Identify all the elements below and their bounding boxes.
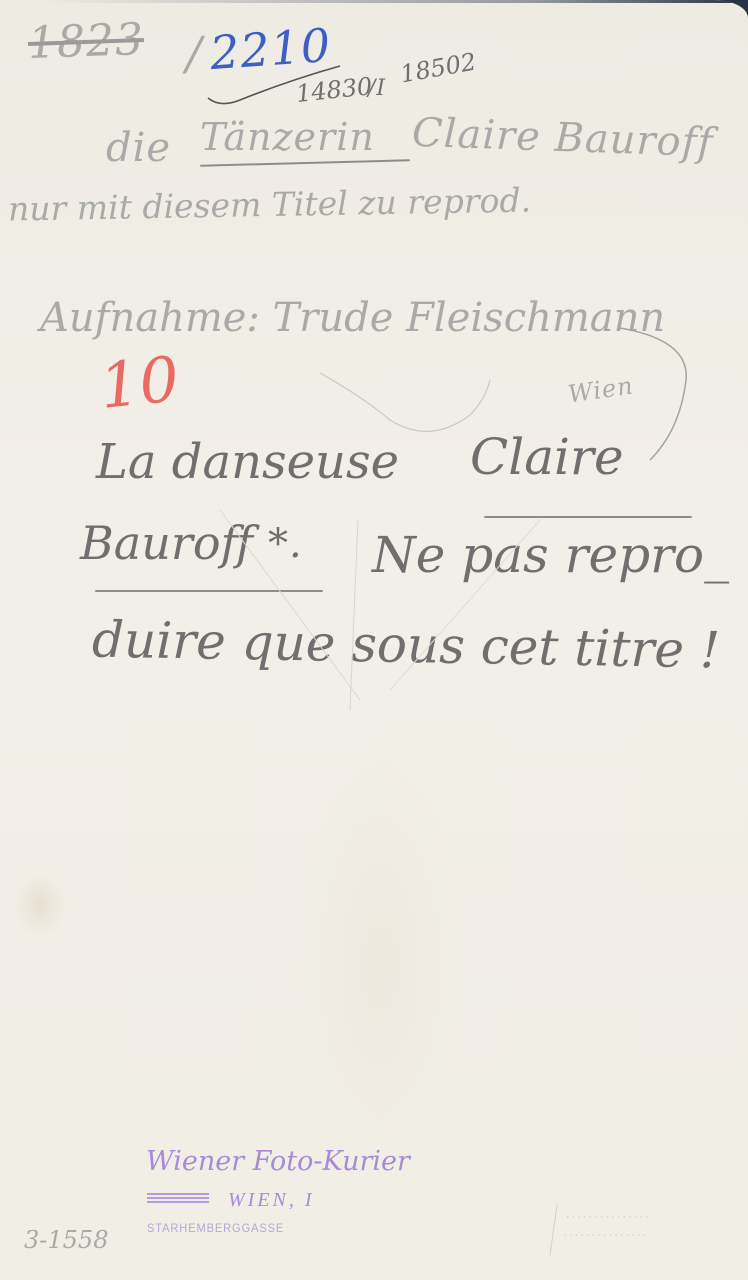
photo-verso: 1823 / 2210 14830 /I 18502 die Tänzerin …: [0, 0, 748, 1280]
german-line3: Aufnahme: Trude Fleischmann: [40, 298, 665, 338]
stamp-decorative-lines: [147, 1193, 209, 1206]
agency-stamp-city: WIEN, I: [228, 1190, 315, 1210]
faint-embossed-stamp: ··············· ···············: [549, 1205, 737, 1255]
crossed-out-number: 1823: [27, 18, 144, 66]
german-line1-rest: Claire Bauroff: [411, 113, 714, 163]
pencil-suffix: /I: [368, 78, 386, 100]
pencil-inventory-number-2: 18502: [398, 50, 477, 87]
french-line1-prefix: La danseuse: [96, 438, 399, 486]
german-line1-underlined: Tänzerin: [200, 118, 375, 156]
top-edge-shadow: [40, 0, 748, 3]
agency-stamp-name: Wiener Foto-Kurier: [146, 1148, 410, 1175]
faint-diagonal-lines: [200, 500, 560, 740]
pencil-inventory-number: 14830: [295, 74, 373, 106]
underline-taenzerin: [200, 159, 410, 166]
red-number: 10: [97, 348, 182, 418]
german-line1-prefix: die: [106, 128, 171, 168]
faint-stamp-text-2: ···············: [562, 1229, 734, 1241]
faint-stamp-text: ···············: [565, 1211, 737, 1223]
agency-stamp-street: STARHEMBERGGASSE: [147, 1222, 284, 1234]
german-line2: nur mit diesem Titel zu reprod.: [8, 183, 532, 225]
bottom-left-number: 3-1558: [24, 1228, 108, 1252]
french-line1-underlined: Claire: [470, 432, 624, 482]
